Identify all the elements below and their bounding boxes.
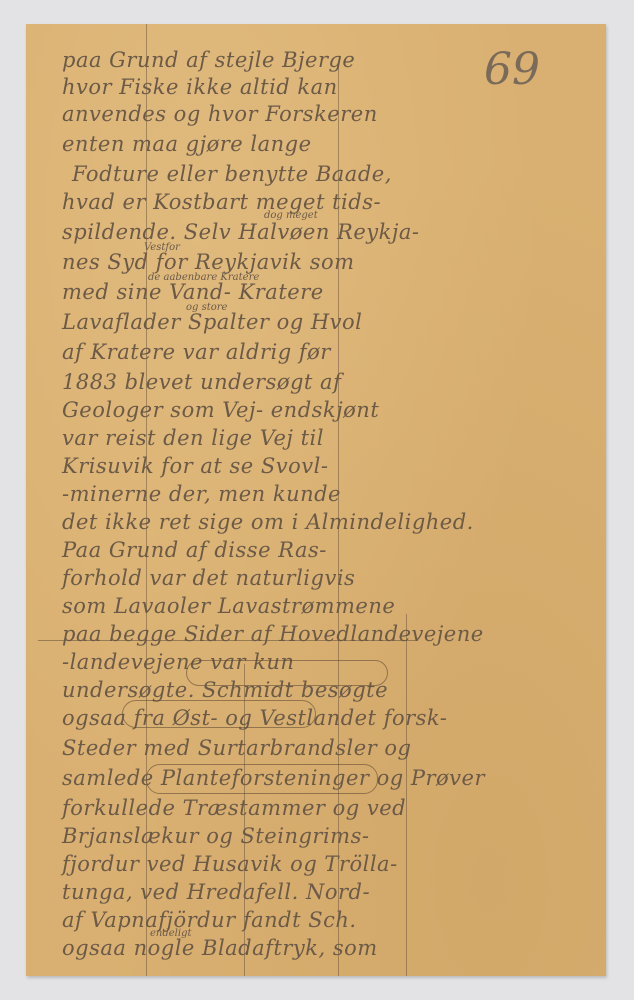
text-line: Fodture eller benytte Baade, <box>72 162 392 186</box>
text-line: nes Syd for Reykjavik som <box>62 250 355 274</box>
text-line: hvor Fiske ikke altid kan <box>62 75 338 99</box>
text-line: ogsaa nogle Bladaftryk, som <box>62 936 378 960</box>
text-line: paa begge Sider af Hovedlandevejene <box>62 622 484 646</box>
text-line: Krisuvik for at se Svovl- <box>62 454 328 478</box>
text-line: -minerne der, men kunde <box>62 482 341 506</box>
ruling-line <box>406 614 407 976</box>
text-line: Brjanslækur og Steingrims- <box>62 824 369 848</box>
text-line: undersøgte. Schmidt besøgte <box>62 678 388 702</box>
text-line: var reist den lige Vej til <box>62 426 324 450</box>
text-line: det ikke ret sige om i Almindelighed. <box>62 510 474 534</box>
text-line: spildende. Selv Halvøen Reykja- <box>62 220 419 244</box>
text-line: forkullede Træstammer og ved <box>62 796 406 820</box>
text-line: paa Grund af stejle Bjerge <box>62 48 355 72</box>
text-line: Paa Grund af disse Ras- <box>62 538 327 562</box>
text-line: med sine Vand- Kratere <box>62 280 324 304</box>
text-line: samlede Planteforsteninger og Prøver <box>62 766 485 790</box>
encircled-text <box>122 700 316 728</box>
text-line: 1883 blevet undersøgt af <box>62 370 341 394</box>
text-line: Lavaflader Spalter og Hvol <box>62 310 362 334</box>
text-line: hvad er Kostbart meget tids- <box>62 190 381 214</box>
page-number: 69 <box>484 44 540 95</box>
text-line: af Kratere var aldrig før <box>62 340 331 364</box>
text-line: fjordur ved Husavik og Trölla- <box>62 852 398 876</box>
text-line: Steder med Surtarbrandsler og <box>62 736 411 760</box>
text-line: tunga, ved Hredafell. Nord- <box>62 880 370 904</box>
manuscript-page: 69 paa Grund af stejle Bjerge hvor Fiske… <box>26 24 606 976</box>
text-line: anvendes og hvor Forskeren <box>62 102 378 126</box>
text-line: af Vapnafjördur fandt Sch. <box>62 908 357 932</box>
text-line: forhold var det naturligvis <box>62 566 355 590</box>
text-line: som Lavaoler Lavastrømmene <box>62 594 395 618</box>
text-line: enten maa gjøre lange <box>62 132 312 156</box>
text-line: Geologer som Vej- endskjønt <box>62 398 379 422</box>
